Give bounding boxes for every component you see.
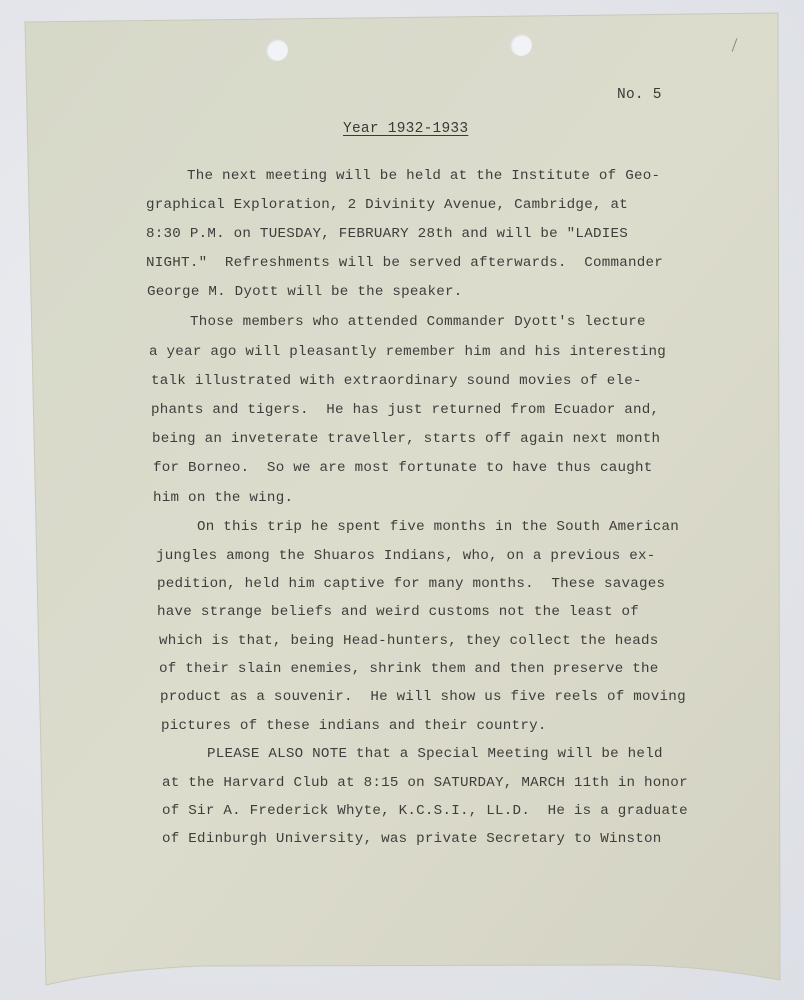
text-line: graphical Exploration, 2 Divinity Avenue… — [146, 197, 628, 213]
document-number: No. 5 — [617, 87, 662, 103]
text-line: for Borneo. So we are most fortunate to … — [153, 460, 653, 476]
text-line: have strange beliefs and weird customs n… — [157, 604, 639, 620]
text-line: of Edinburgh University, was private Sec… — [162, 831, 662, 847]
year-heading: Year 1932-1933 — [343, 121, 468, 137]
text-line: of Sir A. Frederick Whyte, K.C.S.I., LL.… — [162, 803, 688, 819]
text-line: talk illustrated with extraordinary soun… — [151, 373, 642, 389]
typed-text: No. 5 Year 1932-1933 The next meeting wi… — [0, 0, 804, 1000]
text-line: jungles among the Shuaros Indians, who, … — [156, 548, 656, 564]
text-line: pictures of these indians and their coun… — [161, 718, 547, 734]
text-line: phants and tigers. He has just returned … — [151, 402, 659, 418]
text-line: The next meeting will be held at the Ins… — [187, 168, 660, 184]
text-line: 8:30 P.M. on TUESDAY, FEBRUARY 28th and … — [146, 226, 628, 242]
text-line: NIGHT." Refreshments will be served afte… — [146, 255, 663, 271]
text-line: of their slain enemies, shrink them and … — [159, 661, 659, 677]
text-line: a year ago will pleasantly remember him … — [149, 344, 666, 360]
text-line: which is that, being Head-hunters, they … — [159, 633, 659, 649]
text-line: Those members who attended Commander Dyo… — [190, 314, 646, 330]
text-line: him on the wing. — [153, 490, 293, 506]
text-line: being an inveterate traveller, starts of… — [152, 431, 660, 447]
text-line: PLEASE ALSO NOTE that a Special Meeting … — [207, 746, 663, 762]
text-line: at the Harvard Club at 8:15 on SATURDAY,… — [162, 775, 688, 791]
text-line: On this trip he spent five months in the… — [197, 519, 679, 535]
text-line: pedition, held him captive for many mont… — [157, 576, 665, 592]
text-line: product as a souvenir. He will show us f… — [160, 689, 686, 705]
text-line: George M. Dyott will be the speaker. — [147, 284, 463, 300]
